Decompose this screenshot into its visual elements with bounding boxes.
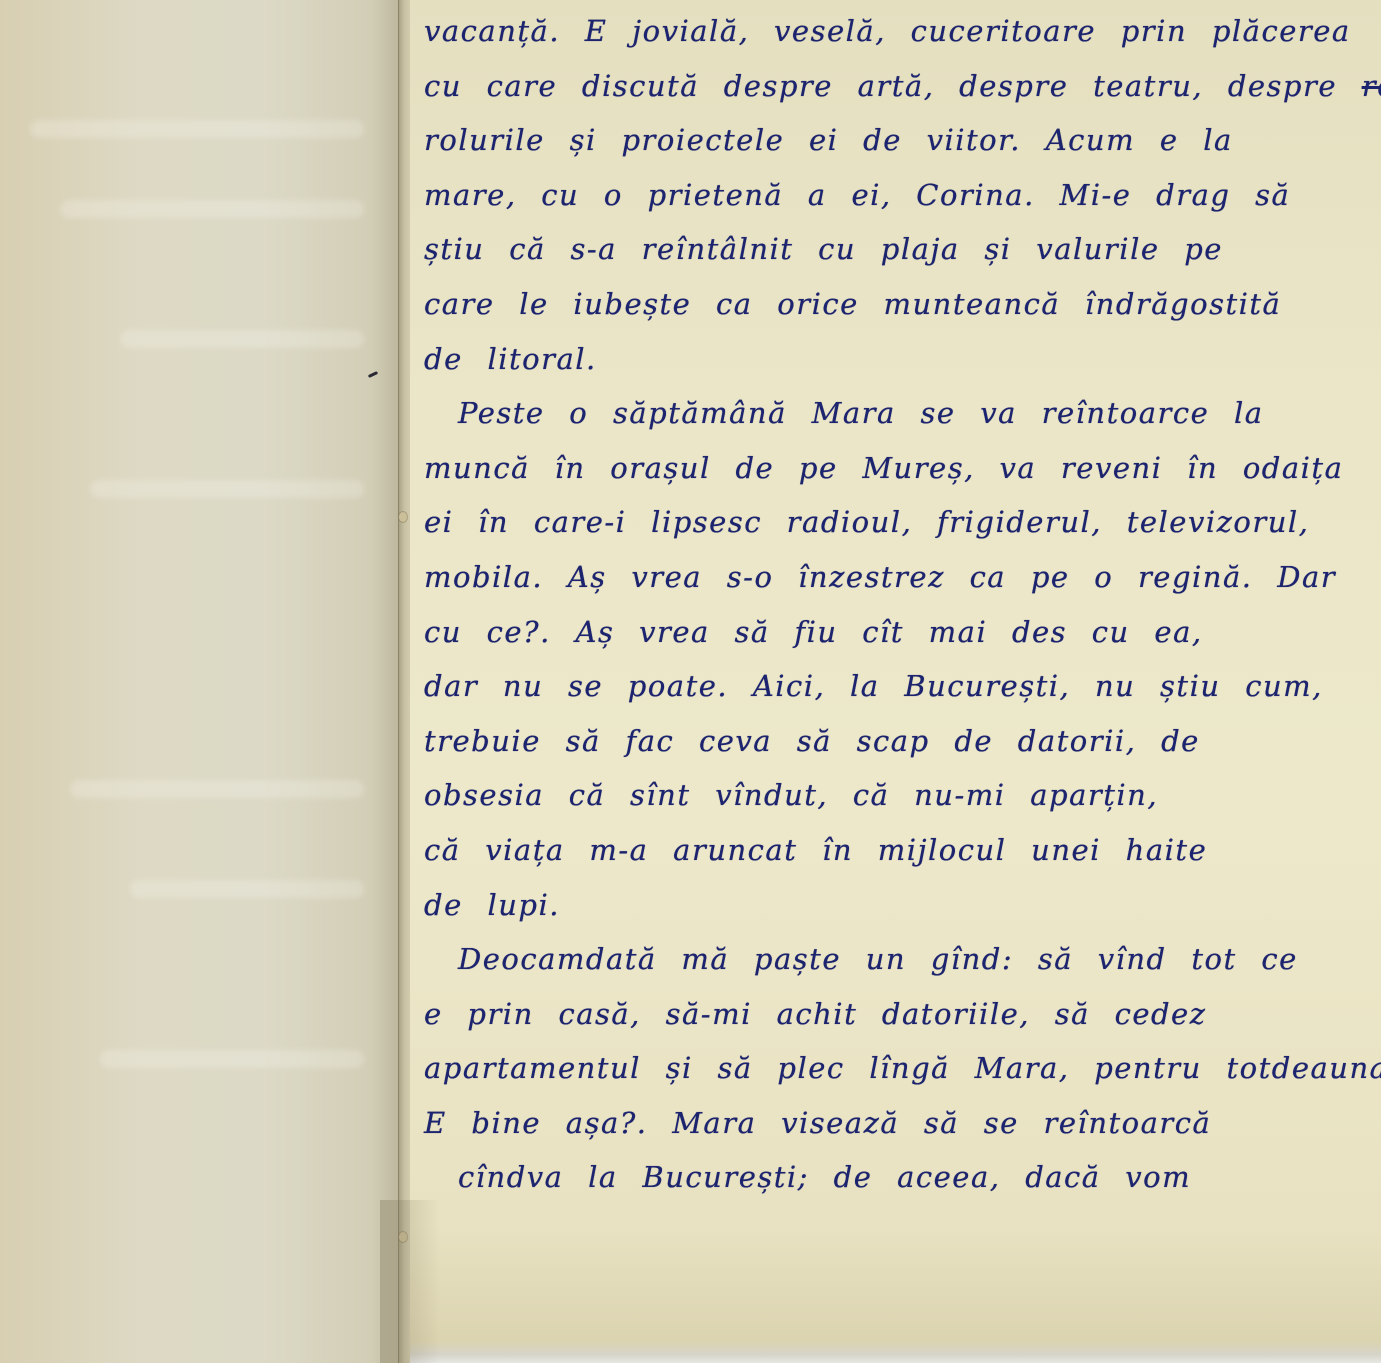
text-line: cu care discută despre artă, despre teat… — [424, 59, 1364, 114]
text-line: știu că s-a reîntâlnit cu plaja și valur… — [424, 222, 1364, 277]
struck-out-word: rolurile — [1362, 69, 1381, 103]
text-line: E bine așa?. Mara visează să se reîntoar… — [424, 1096, 1364, 1151]
line-text: ei în care-i lipsesc radioul, frigiderul… — [424, 505, 1309, 539]
line-text: cu care discută despre artă, despre teat… — [424, 69, 1337, 103]
text-line: dar nu se poate. Aici, la București, nu … — [424, 659, 1364, 714]
show-through-impression — [60, 200, 364, 218]
show-through-impression — [130, 880, 364, 898]
show-through-impression — [70, 780, 364, 798]
text-line: mare, cu o prietenă a ei, Corina. Mi-e d… — [424, 168, 1364, 223]
line-text: cîndva la București; de aceea, dacă vom — [458, 1160, 1191, 1194]
text-line: rolurile și proiectele ei de viitor. Acu… — [424, 113, 1364, 168]
line-text: obsesia că sînt vîndut, că nu-mi aparțin… — [424, 778, 1158, 812]
line-text: de litoral. — [424, 342, 597, 376]
line-text: dar nu se poate. Aici, la București, nu … — [424, 669, 1323, 703]
text-line: de lupi. — [424, 878, 1364, 933]
text-line: obsesia că sînt vîndut, că nu-mi aparțin… — [424, 768, 1364, 823]
line-text: muncă în orașul de pe Mureș, va reveni î… — [424, 451, 1343, 485]
line-text: vacanță. E jovială, veselă, cuceritoare … — [424, 14, 1351, 48]
right-page-handwritten: vacanță. E jovială, veselă, cuceritoare … — [410, 0, 1381, 1363]
line-text: cu ce?. Aș vrea să fiu cît mai des cu ea… — [424, 615, 1203, 649]
text-line: e prin casă, să-mi achit datoriile, să c… — [424, 987, 1364, 1042]
left-page-blank — [0, 0, 404, 1363]
line-text: care le iubește ca orice munteancă îndră… — [424, 287, 1281, 321]
line-text: E bine așa?. Mara visează să se reîntoar… — [424, 1106, 1211, 1140]
text-line: că viața m-a aruncat în mijlocul unei ha… — [424, 823, 1364, 878]
text-line: vacanță. E jovială, veselă, cuceritoare … — [424, 4, 1364, 59]
notebook-spread: vacanță. E jovială, veselă, cuceritoare … — [0, 0, 1381, 1363]
line-text: de lupi. — [424, 888, 560, 922]
line-text: trebuie să fac ceva să scap de datorii, … — [424, 724, 1200, 758]
line-text: rolurile și proiectele ei de viitor. Acu… — [424, 123, 1233, 157]
page-curl-shadow — [380, 1200, 440, 1363]
line-text: apartamentul și să plec lîngă Mara, pent… — [424, 1051, 1381, 1085]
text-line: care le iubește ca orice munteancă îndră… — [424, 277, 1364, 332]
text-line: trebuie să fac ceva să scap de datorii, … — [424, 714, 1364, 769]
line-text: mare, cu o prietenă a ei, Corina. Mi-e d… — [424, 178, 1290, 212]
handwritten-text-block: vacanță. E jovială, veselă, cuceritoare … — [424, 4, 1364, 1205]
text-line: cu ce?. Aș vrea să fiu cît mai des cu ea… — [424, 605, 1364, 660]
text-line: ei în care-i lipsesc radioul, frigiderul… — [424, 495, 1364, 550]
show-through-impression — [120, 330, 364, 348]
show-through-impression — [100, 1050, 364, 1068]
show-through-impression — [30, 120, 364, 138]
text-line: apartamentul și să plec lîngă Mara, pent… — [424, 1041, 1364, 1096]
text-line: muncă în orașul de pe Mureș, va reveni î… — [424, 441, 1364, 496]
show-through-impression — [90, 480, 364, 498]
line-text: că viața m-a aruncat în mijlocul unei ha… — [424, 833, 1207, 867]
binding-stitch — [399, 512, 407, 522]
line-text: e prin casă, să-mi achit datoriile, să c… — [424, 997, 1207, 1031]
ink-speck — [368, 371, 378, 378]
line-text: Deocamdată mă paște un gînd: să vînd tot… — [458, 942, 1298, 976]
paragraph-start-line: Peste o săptămână Mara se va reîntoarce … — [424, 386, 1364, 441]
paragraph-start-line: Deocamdată mă paște un gînd: să vînd tot… — [424, 932, 1364, 987]
line-text: Peste o săptămână Mara se va reîntoarce … — [458, 396, 1264, 430]
text-line: mobila. Aș vrea s-o înzestrez ca pe o re… — [424, 550, 1364, 605]
text-line: cîndva la București; de aceea, dacă vom — [424, 1150, 1364, 1205]
text-line: de litoral. — [424, 332, 1364, 387]
line-text: mobila. Aș vrea s-o înzestrez ca pe o re… — [424, 560, 1336, 594]
line-text: știu că s-a reîntâlnit cu plaja și valur… — [424, 232, 1223, 266]
